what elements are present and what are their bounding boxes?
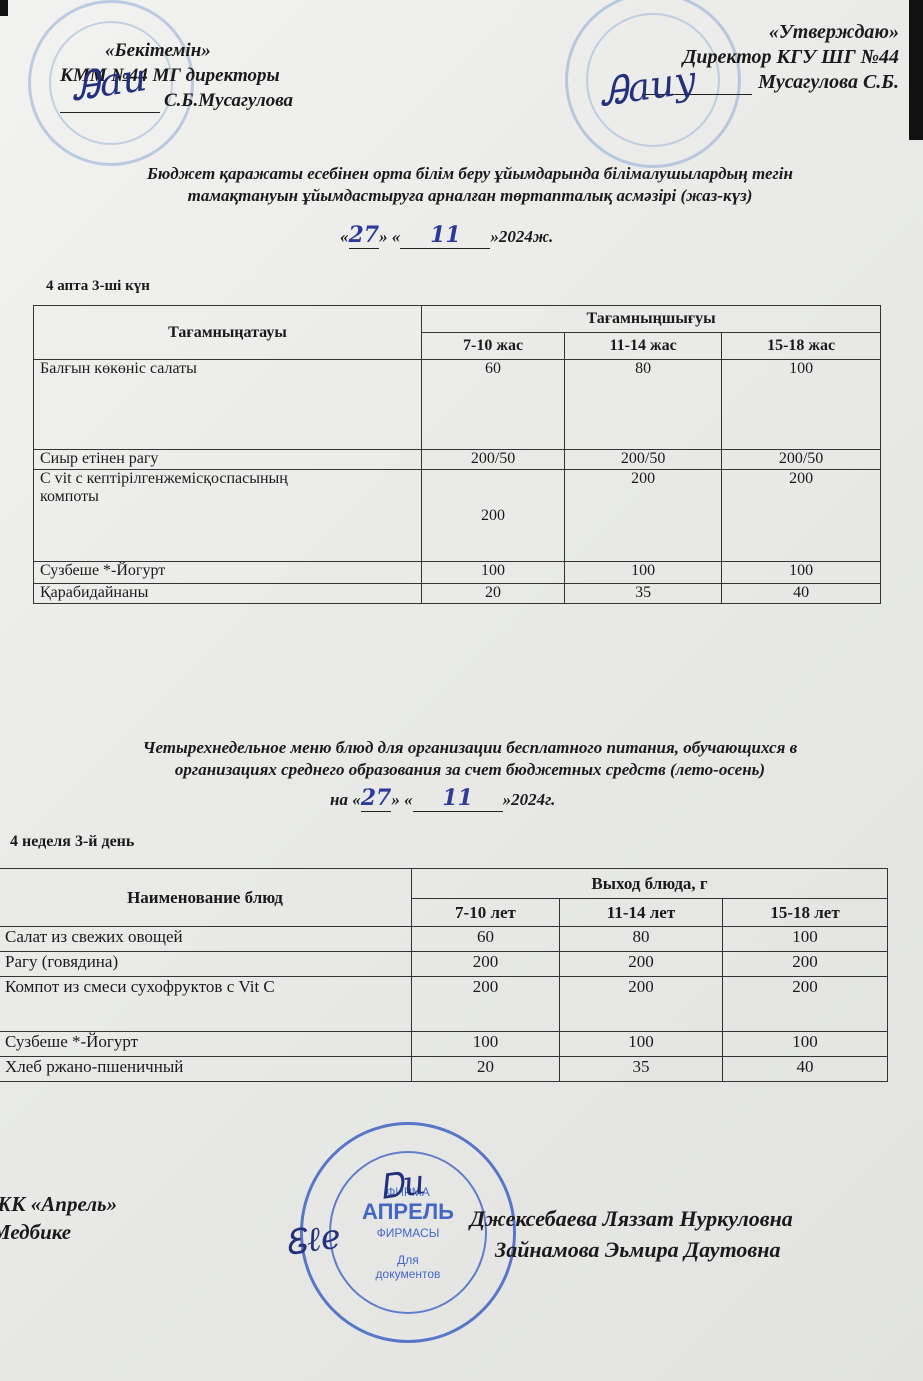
ru-title-line1: Четырехнедельное меню блюд для организац… [20,737,920,759]
dish-name: Сиыр етінен рагу [34,450,422,470]
portion-value: 200 [722,470,881,562]
ru-day-label: 4 неделя 3-й день [10,833,134,851]
ru-title-line2: организациях среднего образования за сче… [20,759,920,781]
ru-date-month: 11 [413,785,503,812]
kk-day-label: 4 апта 3-ші күн [46,278,150,295]
portion-value: 20 [412,1057,560,1082]
kk-menu-table: Тағамныңатауы Тағамныңшығуы 7-10 жас 11-… [33,305,881,604]
photo-edge [909,0,923,140]
portion-value: 100 [723,1032,888,1057]
dish-name: Салат из свежих овощей [0,927,412,952]
kk-col-group: Тағамныңшығуы [422,306,881,333]
ru-date-prefix: на « [330,790,361,809]
ru-date-year: »2024г. [503,790,556,809]
org-role: Медбике [0,1218,117,1246]
portion-value: 200/50 [565,450,722,470]
ru-age-col: 15-18 лет [723,899,888,927]
dish-name: Сузбеше *-Йогурт [34,562,422,584]
portion-value: 20 [422,584,565,604]
table-row: Хлеб ржано-пшеничный 20 35 40 [0,1057,888,1082]
signatory-names: Джексебаева Ляззат Нуркуловна Зайнамова … [470,1203,793,1265]
table-row: Сиыр етінен рагу 200/50 200/50 200/50 [34,450,881,470]
date-quote: « [340,227,349,246]
portion-value: 200 [565,470,722,562]
kk-menu-title: Бюджет қаражаты есебінен орта білім беру… [40,163,900,207]
ru-menu-title: Четырехнедельное меню блюд для организац… [20,737,920,781]
table-row: Қарабидайнаны 20 35 40 [34,584,881,604]
ru-col-group: Выход блюда, г [412,869,888,899]
ru-age-col: 7-10 лет [412,899,560,927]
portion-value: 200 [723,952,888,977]
medic-signature: Ꮛℓe [282,1216,343,1263]
ru-date-day: 27 [361,785,392,812]
approval-kk-heading: «Бекітемін» [60,38,293,63]
dish-name: Хлеб ржано-пшеничный [0,1057,412,1082]
date-quote: » « [391,790,412,809]
photo-edge [0,0,8,16]
dish-name: Компот из смеси сухофруктов с Vit C [0,977,412,1032]
table-row: Балғын көкөніс салаты 60 80 100 [34,360,881,450]
dish-name: Қарабидайнаны [34,584,422,604]
manager-signature: Ꭰu [377,1162,427,1208]
portion-value: 100 [723,927,888,952]
portion-value: 100 [412,1032,560,1057]
portion-value: 35 [565,584,722,604]
ru-age-col: 11-14 лет [559,899,722,927]
table-row: Рагу (говядина) 200 200 200 [0,952,888,977]
kk-age-col: 11-14 жас [565,333,722,360]
portion-value: 40 [722,584,881,604]
portion-value: 200 [559,977,722,1032]
portion-value: 100 [565,562,722,584]
portion-value: 80 [565,360,722,450]
table-row: Салат из свежих овощей 60 80 100 [0,927,888,952]
dish-name: Сузбеше *-Йогурт [0,1032,412,1057]
dish-name: Балғын көкөніс салаты [34,360,422,450]
kk-title-line1: Бюджет қаражаты есебінен орта білім беру… [40,163,900,185]
kk-date-year: »2024ж. [490,227,553,246]
kk-date-day: 27 [349,222,380,249]
portion-value: 100 [422,562,565,584]
org-name: ЖК «Апрель» [0,1190,117,1218]
kk-date-month: 11 [400,222,490,249]
kk-col-name: Тағамныңатауы [34,306,422,360]
portion-value: 40 [723,1057,888,1082]
portion-value: 100 [722,562,881,584]
kk-title-line2: тамақтануын ұйымдастыруға арналған төрта… [40,185,900,207]
dish-name: C vit с кептірілгенжемісқоспасының компо… [34,470,422,562]
approval-ru-name: Мусагулова С.Б. [758,70,899,95]
portion-value: 200 [559,952,722,977]
portion-value: 60 [422,360,565,450]
portion-value: 200 [412,977,560,1032]
table-row: Сузбеше *-Йогурт 100 100 100 [34,562,881,584]
signatory-2: Зайнамова Эьмира Даутовна [470,1234,793,1265]
table-row: C vit с кептірілгенжемісқоспасының компо… [34,470,881,562]
portion-value: 100 [722,360,881,450]
portion-value: 80 [559,927,722,952]
portion-value: 100 [559,1032,722,1057]
dish-name: Рагу (говядина) [0,952,412,977]
portion-value: 60 [412,927,560,952]
date-quote: » « [379,227,400,246]
portion-value: 200/50 [722,450,881,470]
signatory-1: Джексебаева Ляззат Нуркуловна [470,1203,793,1234]
portion-value: 200 [412,952,560,977]
portion-value: 200 [723,977,888,1032]
table-row: Сузбеше *-Йогурт 100 100 100 [0,1032,888,1057]
table-row: Компот из смеси сухофруктов с Vit C 200 … [0,977,888,1032]
portion-value: 200 [422,470,565,562]
portion-value: 200/50 [422,450,565,470]
ru-date: на «27» «11»2024г. [330,785,555,812]
ru-col-name: Наименование блюд [0,869,412,927]
kk-age-col: 7-10 жас [422,333,565,360]
ru-menu-table: Наименование блюд Выход блюда, г 7-10 ле… [0,868,888,1082]
approval-kk-name: С.Б.Мусагулова [164,88,293,113]
kk-date: «27» «11»2024ж. [340,222,553,249]
kk-age-col: 15-18 жас [722,333,881,360]
org-block: ЖК «Апрель» Медбике [0,1190,117,1246]
stamp-note: документов [303,1267,513,1281]
portion-value: 35 [559,1057,722,1082]
approval-ru-heading: «Утверждаю» [642,20,899,45]
